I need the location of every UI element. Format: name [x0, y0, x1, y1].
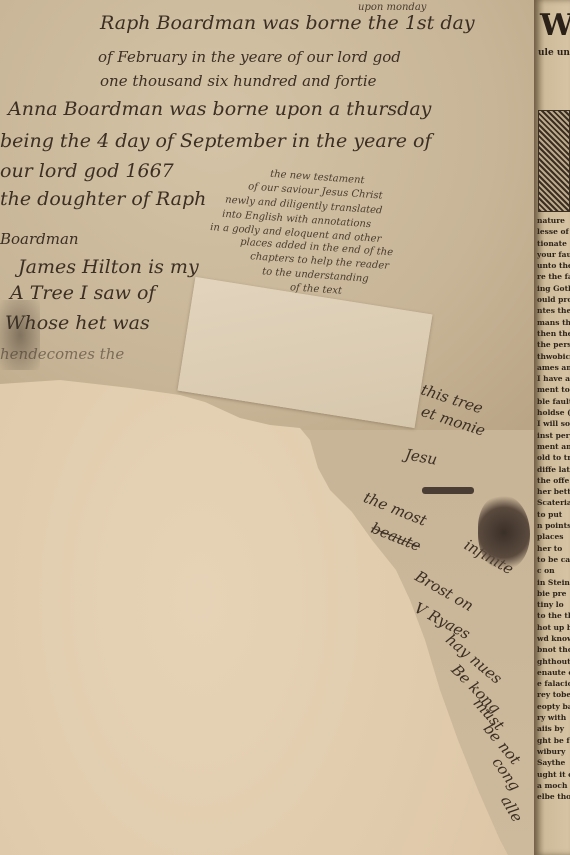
printed-text-line: I will so): [537, 418, 570, 429]
printed-text-line: to the th: [537, 610, 570, 621]
ink-strike-mark: [422, 487, 474, 494]
printed-text-line: holdse (bi: [537, 407, 570, 418]
printed-text-line: ble faults: [537, 396, 570, 407]
printed-text-line: aiis by: [537, 723, 570, 734]
printed-text-line: ntes the c: [537, 305, 570, 316]
printed-text-line: ment an co: [537, 441, 570, 452]
printed-subheading: ule unto: [538, 48, 570, 58]
printed-text-line: Saythe: [537, 757, 570, 768]
printed-text-line: your fault: [537, 249, 570, 260]
handwriting-line: of February in the yeare of our lord god: [98, 48, 401, 66]
printed-text-line: hot up be: [537, 622, 570, 633]
printed-text-line: to put: [537, 509, 570, 520]
printed-text-line: a moch: [537, 780, 570, 791]
manuscript-photograph: upon monday Raph Boardman was borne the …: [0, 0, 570, 855]
printed-text-line: mans the: [537, 317, 570, 328]
printed-text-line: enaute ot: [537, 667, 570, 678]
printed-text-line: n points: [537, 520, 570, 531]
handwriting-line: our lord god 1667: [0, 160, 174, 182]
printed-text-line: eopty ba: [537, 701, 570, 712]
printed-text-line: inst perp: [537, 430, 570, 441]
printed-text-line: re the fath: [537, 271, 570, 282]
ink-blot: [478, 495, 530, 570]
printed-text-line: c on: [537, 565, 570, 576]
printed-text-line: bie pre: [537, 588, 570, 599]
decorated-initial: [538, 110, 570, 212]
handwriting-line: Boardman: [0, 230, 79, 248]
printed-text-line: old to trans: [537, 452, 570, 463]
printed-text-line: ames an ca: [537, 362, 570, 373]
printed-bible-page-edge: Will ule unto naturelesse oftionateyour …: [534, 0, 570, 855]
handwriting-line: one thousand six hundred and fortie: [100, 72, 377, 90]
printed-text-line: her bette: [537, 486, 570, 497]
printed-text-line: wd knowl: [537, 633, 570, 644]
printed-text-line: wibury: [537, 746, 570, 757]
printed-text-line: ght be fo: [537, 735, 570, 746]
handwriting-line: James Hilton is my: [18, 256, 199, 278]
printed-text-line: Scateria: [537, 497, 570, 508]
printed-text-line: the offe to: [537, 475, 570, 486]
handwriting-line: Raph Boardman was borne the 1st day: [100, 12, 475, 34]
printed-text-line: ould profe: [537, 294, 570, 305]
handwriting-line: the doughter of Raph: [0, 188, 206, 210]
fragment-line: alle: [497, 793, 526, 826]
printed-text-line: then the p: [537, 328, 570, 339]
printed-text-line: thwobichre: [537, 351, 570, 362]
printed-heading: Will: [540, 8, 570, 43]
ink-smudge: [0, 300, 40, 370]
printed-text-line: ing Gothe: [537, 283, 570, 294]
handwriting-line: being the 4 day of September in the year…: [0, 130, 431, 152]
printed-text-line: I have also: [537, 373, 570, 384]
printed-text-line: her to: [537, 543, 570, 554]
printed-text-line: places: [537, 531, 570, 542]
printed-text-line: the person: [537, 339, 570, 350]
printed-text-line: unto the L: [537, 260, 570, 271]
printed-text-line: tiny lo: [537, 599, 570, 610]
printed-text-line: ghthout: [537, 656, 570, 667]
printed-text-line: e falacio: [537, 678, 570, 689]
printed-text-line: lesse of: [537, 226, 570, 237]
printed-text-line: nature: [537, 215, 570, 226]
printed-text-line: ught it o: [537, 769, 570, 780]
printed-text-line: to be ca: [537, 554, 570, 565]
printed-text-line: bnot though: [537, 644, 570, 655]
printed-text-line: ment to vole: [537, 384, 570, 395]
printed-text-line: in Stein: [537, 577, 570, 588]
fragment-line: the most: [361, 488, 429, 530]
printed-text-line: diffe late: [537, 464, 570, 475]
printed-text-column: naturelesse oftionateyour faultunto the …: [537, 215, 570, 802]
printed-text-line: tionate: [537, 238, 570, 249]
printed-text-line: rey tobe: [537, 689, 570, 700]
fragment-line: Jesu: [404, 445, 439, 468]
printed-text-line: ry with: [537, 712, 570, 723]
handwriting-line: Anna Boardman was borne upon a thursday: [8, 98, 431, 120]
printed-text-line: elbe tho: [537, 791, 570, 802]
